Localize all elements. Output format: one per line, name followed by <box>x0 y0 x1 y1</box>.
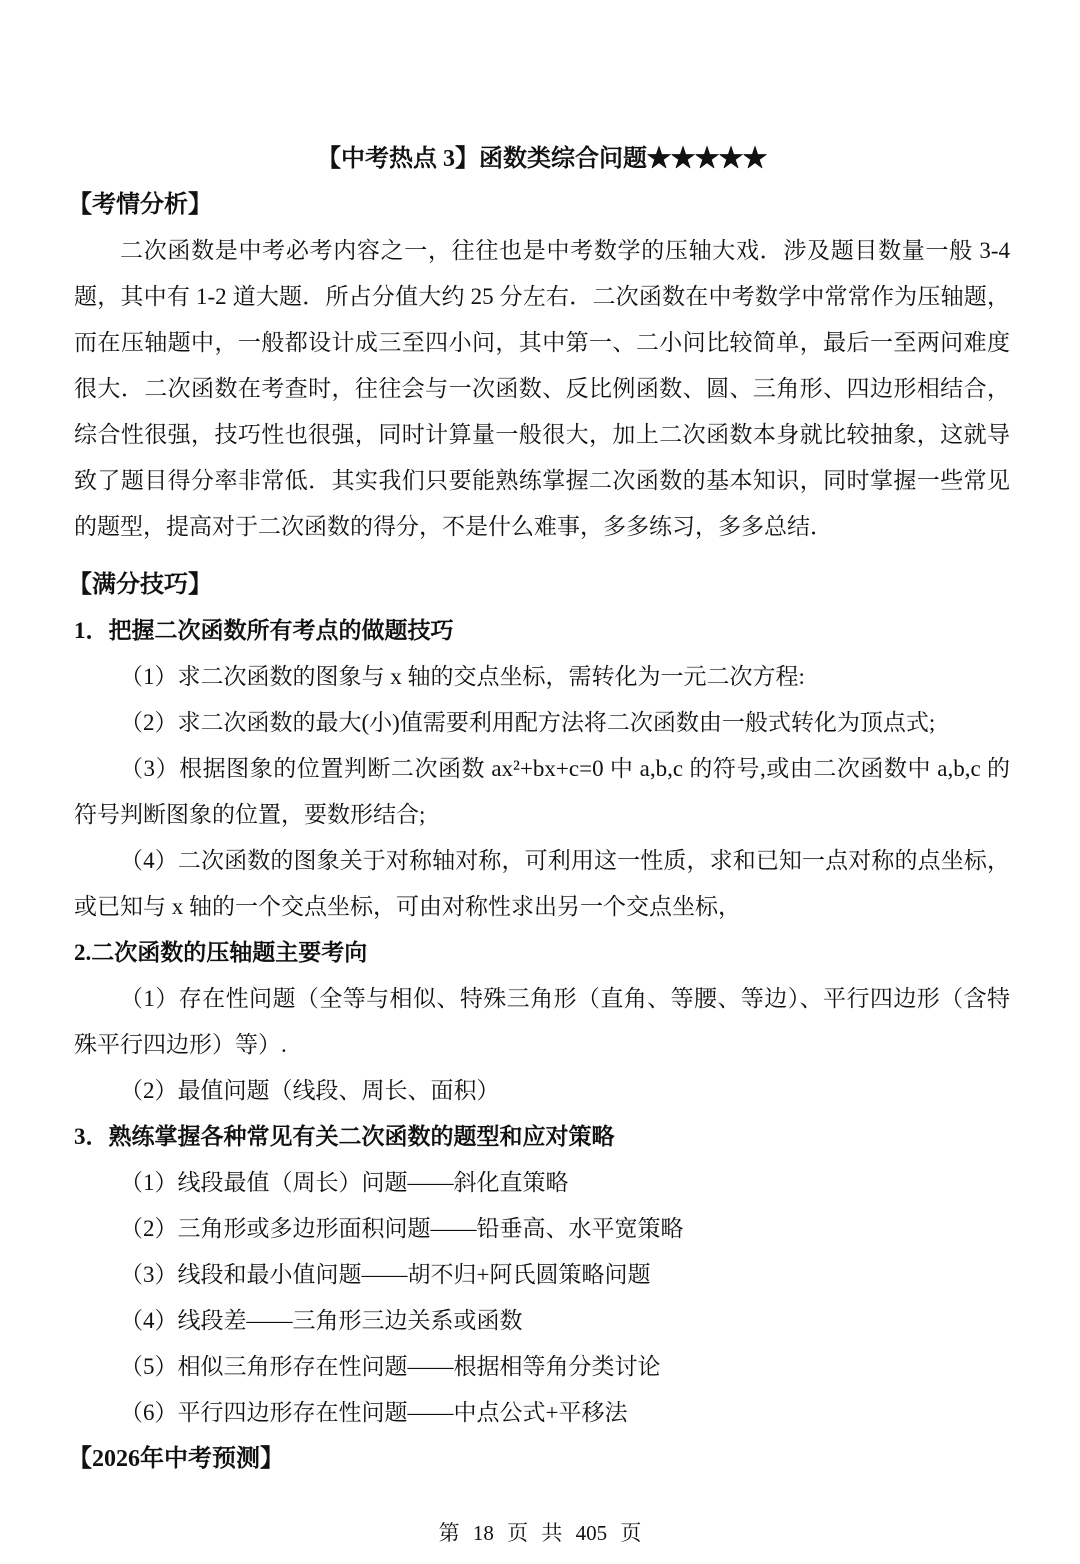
tip-point-1-title: 1．把握二次函数所有考点的做题技巧 <box>74 608 1010 654</box>
heading-exam-analysis: 【考情分析】 <box>68 182 1010 228</box>
tip-point-1-item-3: （3）根据图象的位置判断二次函数 ax²+bx+c=0 中 a,b,c 的符号,… <box>74 746 1010 838</box>
tip-point-3-item-6: （6）平行四边形存在性问题——中点公式+平移法 <box>74 1390 1010 1436</box>
exam-analysis-paragraph: 二次函数是中考必考内容之一，往往也是中考数学的压轴大戏．涉及题目数量一般 3-4… <box>74 228 1010 550</box>
tip-point-3-item-2: （2）三角形或多边形面积问题——铅垂高、水平宽策略 <box>74 1206 1010 1252</box>
heading-scoring-tips: 【满分技巧】 <box>68 562 1010 608</box>
tip-point-2-item-2: （2）最值问题（线段、周长、面积） <box>74 1068 1010 1114</box>
tip-point-2-item-1: （1）存在性问题（全等与相似、特殊三角形（直角、等腰、等边）、平行四边形（含特殊… <box>74 976 1010 1068</box>
tip-point-3-item-3: （3）线段和最小值问题——胡不归+阿氏圆策略问题 <box>74 1252 1010 1298</box>
tip-point-1-item-1: （1）求二次函数的图象与 x 轴的交点坐标，需转化为一元二次方程: <box>74 654 1010 700</box>
page-footer: 第 18 页 共 405 页 <box>0 1520 1080 1546</box>
tip-point-3-item-4: （4）线段差——三角形三边关系或函数 <box>74 1298 1010 1344</box>
tip-point-3-item-1: （1）线段最值（周长）问题——斜化直策略 <box>74 1160 1010 1206</box>
page-title: 【中考热点 3】函数类综合问题★★★★★ <box>74 136 1010 182</box>
tip-point-3-item-5: （5）相似三角形存在性问题——根据相等角分类讨论 <box>74 1344 1010 1390</box>
tip-point-1-item-4: （4）二次函数的图象关于对称轴对称，可利用这一性质，求和已知一点对称的点坐标，或… <box>74 838 1010 930</box>
tip-point-1-item-2: （2）求二次函数的最大(小)值需要利用配方法将二次函数由一般式转化为顶点式; <box>74 700 1010 746</box>
tip-point-3-title: 3．熟练掌握各种常见有关二次函数的题型和应对策略 <box>74 1114 1010 1160</box>
document-page: 【中考热点 3】函数类综合问题★★★★★ 【考情分析】 二次函数是中考必考内容之… <box>0 0 1080 1564</box>
tip-point-2-title: 2.二次函数的压轴题主要考向 <box>74 930 1010 976</box>
heading-2026-prediction: 【2026年中考预测】 <box>68 1436 1010 1482</box>
